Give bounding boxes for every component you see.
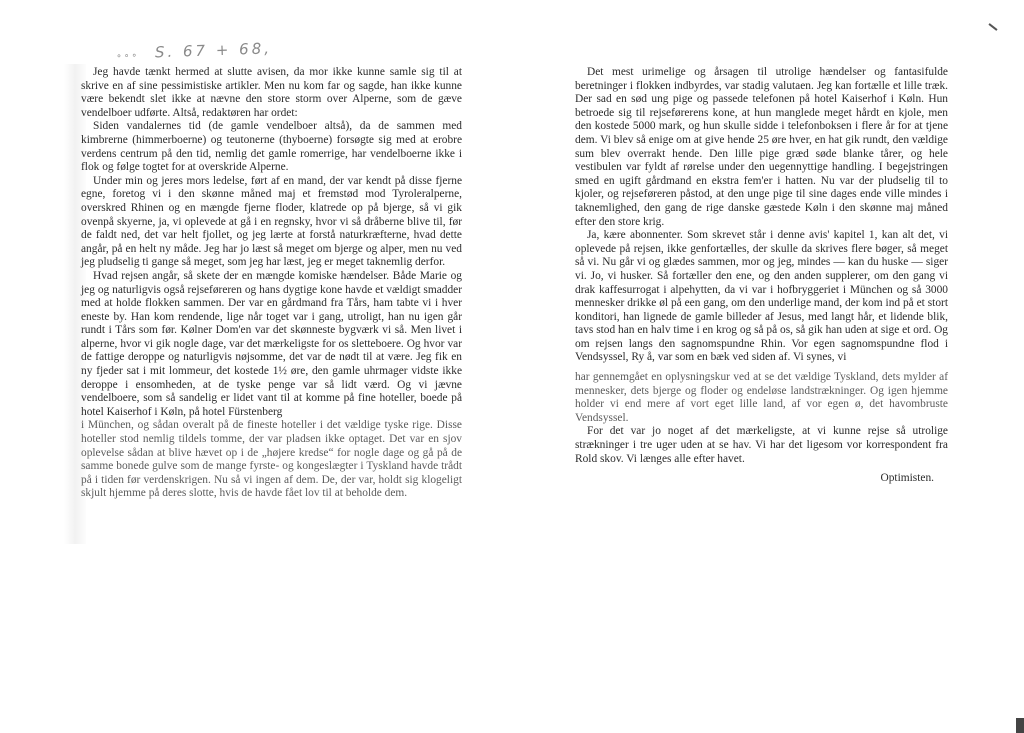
paragraph: Siden vandalernes tid (de gamle vendelbo… [81,120,462,174]
corner-pen-mark [988,23,997,31]
paragraph: Under min og jeres mors ledelse, ført af… [81,175,462,270]
handwritten-dots: ∘∘∘ [116,51,139,62]
left-page-column: Jeg havde tænkt hermed at slutte avisen,… [81,66,462,501]
right-page-column: Det mest urimelige og årsagen til utroli… [575,66,948,486]
paragraph: For det var jo noget af det mærkeligste,… [575,425,948,466]
paragraph: Ja, kære abonnenter. Som skrevet står i … [575,229,948,365]
handwritten-page-note: ∘∘∘S. 67 + 68, [116,39,273,62]
paragraph: Hvad rejsen angår, så skete der en mængd… [81,270,462,420]
paragraph-continuation: i München, og sådan overalt på de finest… [81,419,462,501]
paragraph: Jeg havde tænkt hermed at slutte avisen,… [81,66,462,120]
handwritten-page-reference: S. 67 + 68, [155,39,273,61]
author-signature: Optimisten. [575,472,948,486]
paragraph: Det mest urimelige og årsagen til utroli… [575,66,948,229]
edge-scan-mark [1016,718,1024,733]
paragraph-continuation: har gennemgået en oplysningskur ved at s… [575,371,948,425]
